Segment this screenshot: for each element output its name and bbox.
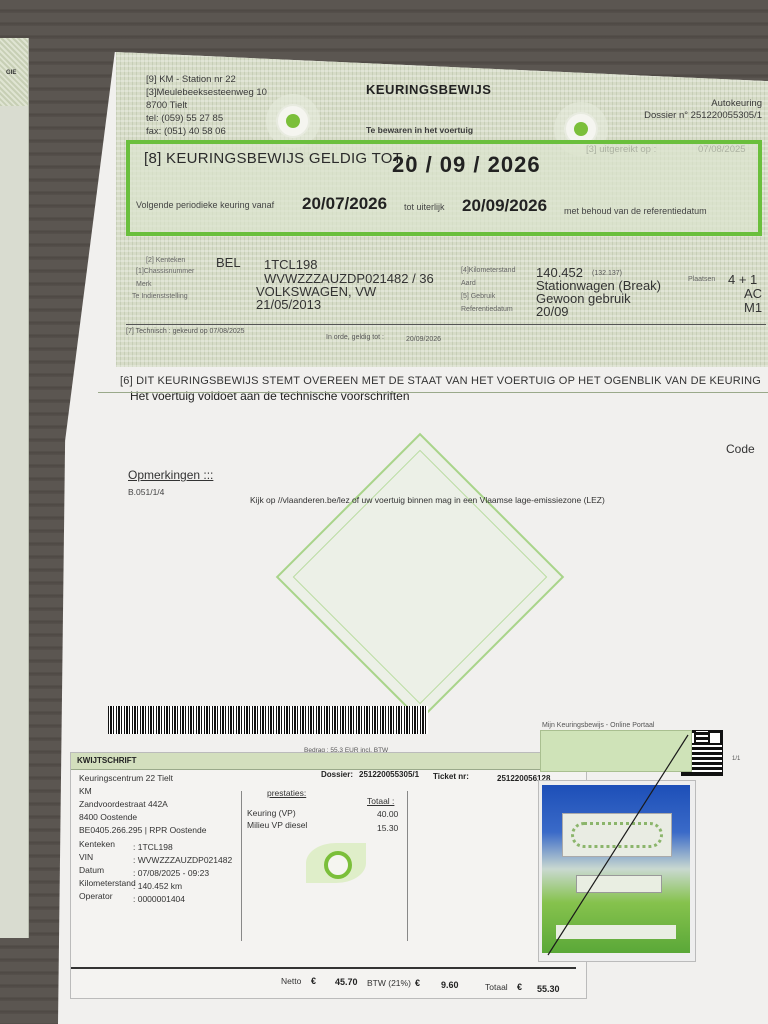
receipt-title: KWIJTSCHRIFT [77,756,137,765]
adjacent-document-edge: GIE [0,38,29,938]
station-city: 8700 Tielt [146,100,187,111]
receipt-column-divider [407,791,408,941]
grand-total-label: Totaal [485,982,508,992]
km-label: [4]Kilometerstand [461,267,515,274]
services-label: prestaties: [267,788,306,798]
receipt-field-value: : 1TCL198 [133,842,173,852]
detachable-stub [536,725,696,960]
document-title: KEURINGSBEWIJS [366,82,491,97]
first-registration-label: Te Indienststelling [132,293,188,300]
make-label: Merk [136,281,152,288]
receipt-field-value: : 140.452 km [133,881,182,891]
grand-total-currency: € [517,982,522,992]
code-column-header: Code [726,442,755,456]
next-inspection-mid: tot uiterlijk [404,202,445,212]
in-order-label: In orde, geldig tot : [326,334,384,341]
validity-label: [8] KEURINGSBEWIJS GELDIG TOT : [144,150,411,167]
net-label: Netto [281,976,301,986]
receipt-center: Keuringscentrum 22 Tielt [79,773,173,783]
receipt-company: KM [79,786,92,796]
vat-label: BTW (21%) [367,978,411,988]
validity-box: [8] KEURINGSBEWIJS GELDIG TOT : 20 / 09 … [126,140,762,236]
grand-total: 55.30 [537,984,560,994]
conformity-statement: [6] DIT KEURINGSBEWIJS STEMT OVEREEN MET… [120,375,761,387]
ticket-label: Ticket nr: [433,772,469,781]
receipt-kwijtschrift: KWIJTSCHRIFT Dossier: 251220055305/1 Tic… [70,752,587,999]
receipt-city: 8400 Oostende [79,812,137,822]
receipt-column-divider [241,791,242,941]
in-order-date: 20/09/2026 [406,336,441,343]
receipt-field-label: Operator [79,891,113,901]
vat-amount: 9.60 [441,980,459,990]
net-amount: 45.70 [335,977,358,987]
page-indicator: 1/1 [732,756,740,762]
receipt-vat: BE0405.266.295 | RPR Oostende [79,825,206,835]
receipt-field-label: Datum [79,865,104,875]
document-subtitle: Te bewaren in het voertuig [366,125,473,135]
body-code: AC [744,286,762,301]
service-amount: 15.30 [377,823,398,833]
receipt-field-label: Kenteken [79,839,115,849]
vat-currency: € [415,978,420,988]
inspection-type: Autokeuring [711,98,762,109]
seats-value: 4 + 1 [728,272,757,287]
remark-code: B.051/1/4 [128,487,164,497]
remarks-label: Opmerkingen ::: [128,468,213,482]
security-diamond-watermark [276,433,564,721]
chassis-label: [1]Chassisnummer [136,268,194,275]
adjacent-document-text: GIE [6,70,16,76]
receipt-field-label: Kilometerstand [79,878,136,888]
section-divider [98,392,768,393]
receipt-header: KWIJTSCHRIFT [71,753,586,770]
divider [126,324,766,325]
goca-eye-logo-icon [276,104,310,138]
remark-text: Kijk op //vlaanderen.be/lez of uw voertu… [250,495,605,505]
receipt-street: Zandvoordestraat 442A [79,799,168,809]
receipt-dossier-label: Dossier: [321,770,353,779]
station-fax: fax: (051) 40 58 06 [146,126,226,137]
strike-through-line [536,725,696,960]
receipt-field-value: : 07/08/2025 - 09:23 [133,868,209,878]
validity-date: 20 / 09 / 2026 [392,152,541,178]
kind-label: Aard [461,280,476,287]
technical-inspection-label: [7] Technisch : gekeurd op 07/08/2025 [126,328,245,335]
vehicle-category: M1 [744,300,762,315]
station-address: [3]Meulebeeksesteenweg 10 [146,87,267,98]
station-tel: tel: (059) 55 27 85 [146,113,223,124]
receipt-field-label: VIN [79,852,93,862]
plate-label: [2] Kenteken [146,257,185,264]
totals-divider [71,967,576,969]
goca-eye-watermark-icon [306,843,366,883]
next-inspection-to: 20/09/2026 [462,196,547,216]
dossier-number: Dossier n° 251220055305/1 [644,110,762,121]
plate-number: 1TCL198 [264,257,317,272]
next-inspection-prefix: Volgende periodieke keuring vanaf [136,200,274,210]
receipt-dossier: 251220055305/1 [359,770,419,779]
receipt-field-value: : 0000001404 [133,894,185,904]
service-name: Keuring (VP) [247,808,296,818]
seats-label: Plaatsen [688,276,715,283]
service-name: Milieu VP diesel [247,820,307,830]
net-currency: € [311,976,316,986]
next-inspection-suffix: met behoud van de referentiedatum [564,206,707,216]
reference-date: 20/09 [536,304,569,319]
ref-date-label: Referentiedatum [461,306,513,313]
service-amount: 40.00 [377,809,398,819]
services-total-label: Totaal : [367,796,394,806]
receipt-field-value: : WVWZZZAUZDP021482 [133,855,232,865]
next-inspection-from: 20/07/2026 [302,194,387,214]
plate-country: BEL [216,255,241,270]
use-label: [5] Gebruik [461,293,495,300]
odometer-code: (132.137) [592,270,622,277]
station-label: [9] KM - Station nr 22 [146,74,236,85]
payment-barcode [108,706,428,734]
first-registration-date: 21/05/2013 [256,297,321,312]
